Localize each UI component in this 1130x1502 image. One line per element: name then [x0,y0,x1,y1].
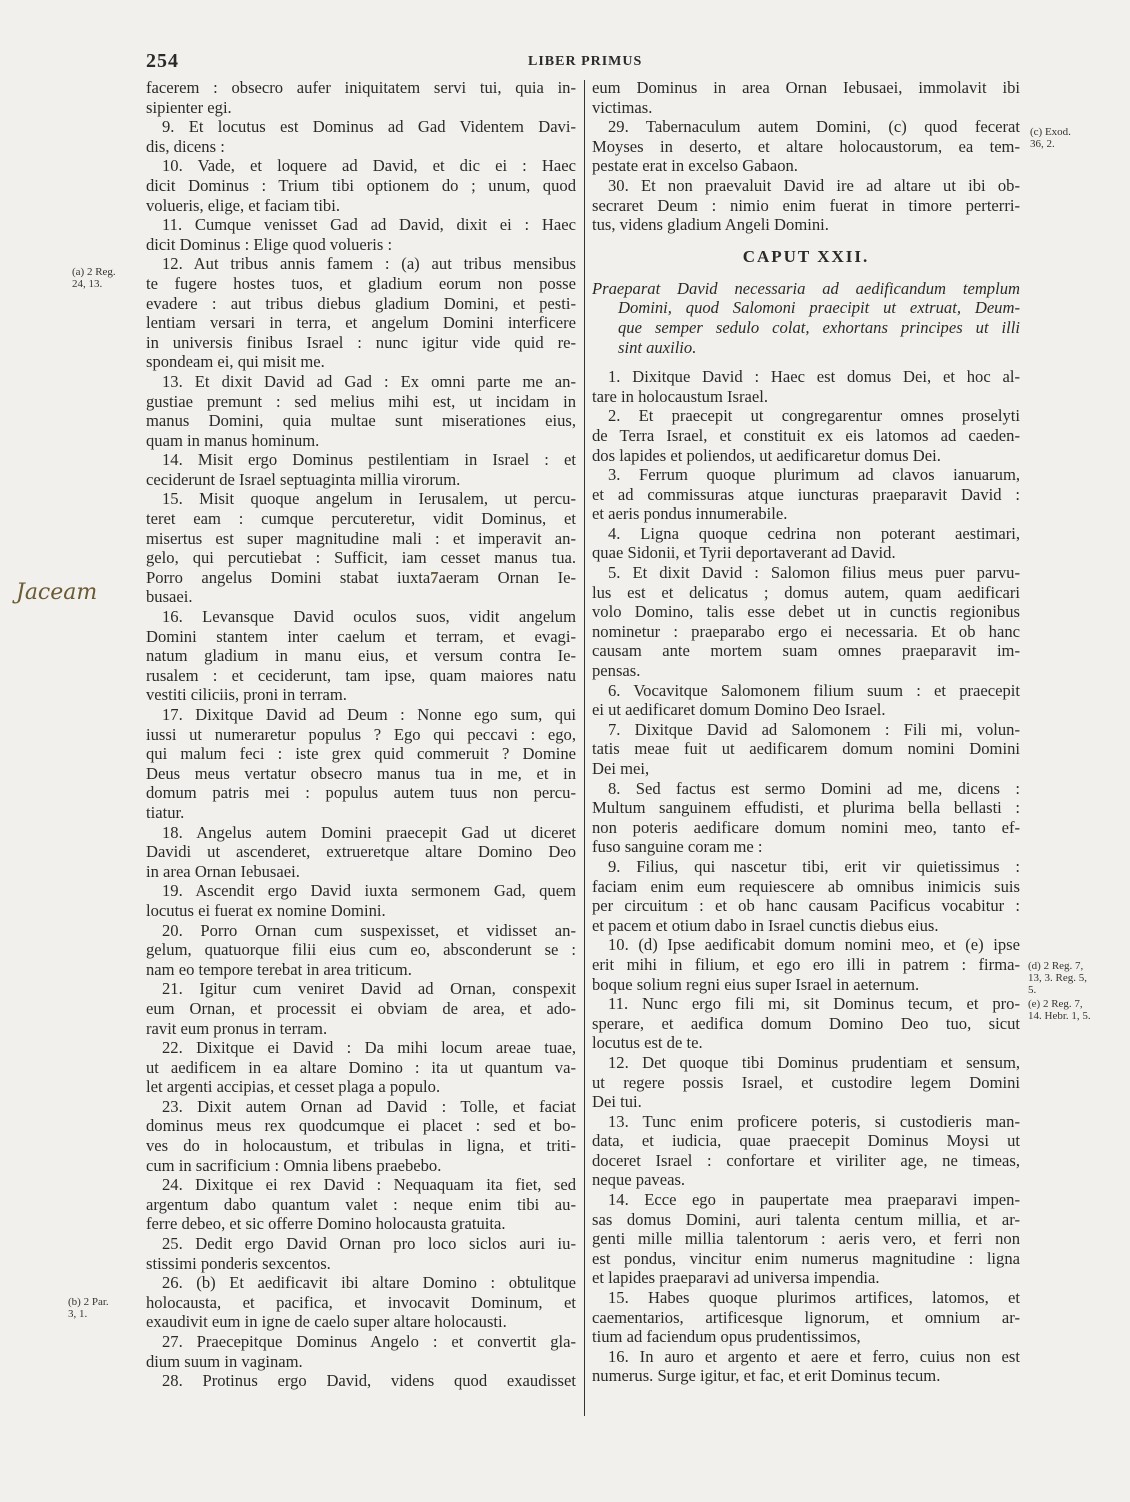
text-line: 6. Vocavitque Salomonem filium suum : et… [592,681,1020,701]
margin-note-a: (a) 2 Reg. 24, 13. [72,266,116,290]
text-line: stissimi ponderis sexcentos. [146,1254,576,1274]
text-line: 18. Angelus autem Domini praecepit Gad u… [146,823,576,843]
text-line: 14. Misit ergo Dominus pestilentiam in I… [146,450,576,470]
text-line: volueris, elige, et faciam tibi. [146,196,576,216]
text-line: sas domus Domini, auri talenta centum mi… [592,1210,1020,1230]
summary-line: Praeparat David necessaria ad aedificand… [592,279,1020,299]
text-line: Davidi ut ascenderet, extrueretque altar… [146,842,576,862]
text-line: gustiae premunt : sed melius mihi est, u… [146,392,576,412]
text-line: Deus meus vertatur obsecro manus tua in … [146,764,576,784]
text-line: et aeris pondus innumerabile. [592,504,1020,524]
margin-note-line: (a) 2 Reg. [72,266,116,278]
text-line: 21. Igitur cum veniret David ad Ornan, c… [146,979,576,999]
text-line: 16. Levansque David oculos suos, vidit a… [146,607,576,627]
text-line: teret eam : cumque percuteretur, vidit D… [146,509,576,529]
text-line: dominus meus rex quodcumque ei placet : … [146,1116,576,1136]
text-line: 12. Aut tribus annis famem : (a) aut tri… [146,254,576,274]
margin-note-d: (d) 2 Reg. 7, 13, 3. Reg. 5, 5. [1028,960,1087,996]
text-line: 14. Ecce ego in paupertate mea praeparav… [592,1190,1020,1210]
text-line: tiatur. [146,803,576,823]
text-line: te fugere hostes tuos, et gladium eorum … [146,274,576,294]
text-line: genti mille millia talentorum : aeris ve… [592,1229,1020,1249]
text-line: 17. Dixitque David ad Deum : Nonne ego s… [146,705,576,725]
text-line: 20. Porro Ornan cum suspexisset, et vidi… [146,921,576,941]
text-line: 15. Misit quoque angelum in Ierusalem, u… [146,489,576,509]
text-line: sipienter egi. [146,98,576,118]
text-line: 9. Et locutus est Dominus ad Gad Vidente… [146,117,576,137]
text-line: qui malum feci : iste grex quid commerui… [146,744,576,764]
text-line: vestiti ciliciis, proni in terram. [146,685,576,705]
text-line: tatis meae fuit ut aedificarem domum nom… [592,739,1020,759]
text-line: neque paveas. [592,1170,1020,1190]
text-line: volo Domino, talis esse debet ut in cunc… [592,602,1020,622]
running-head: LIBER PRIMUS [528,54,642,70]
text-line: dis, dicens : [146,137,576,157]
margin-note-c: (c) Exod. 36, 2. [1030,126,1071,150]
text-line: 24. Dixitque ei rex David : Nequaquam it… [146,1175,576,1195]
text-line: Porro angelus Domini stabat iuxta7aeram … [146,568,576,588]
text-line: per circuitum : et ob hanc causam Pacifi… [592,896,1020,916]
text-line: boque solium regni eius super Israel in … [592,975,1020,995]
text-line: nominetur : praeparabo ergo ei necessari… [592,622,1020,642]
text-line: 7. Dixitque David ad Salomonem : Fili mi… [592,720,1020,740]
text-line: 1. Dixitque David : Haec est domus Dei, … [592,367,1020,387]
margin-note-line: (b) 2 Par. [68,1296,109,1308]
text-line: Multum sanguinem effudisti, et plurima b… [592,798,1020,818]
text-line: Domini stantem inter caelum et terram, e… [146,627,576,647]
margin-note-line: 14. Hebr. 1, 5. [1028,1010,1091,1022]
text-line: locutus est de te. [592,1033,1020,1053]
text-line: 11. Cumque venisset Gad ad David, dixit … [146,215,576,235]
text-line: 15. Habes quoque plurimos artifices, lat… [592,1288,1020,1308]
text-line: 25. Dedit ergo David Ornan pro loco sicl… [146,1234,576,1254]
text-line: gelum, quatuorque filii eius cum eo, abs… [146,940,576,960]
text-line: 10. Vade, et loquere ad David, et dic ei… [146,156,576,176]
text-line: misertus est super magnitudine mali : et… [146,529,576,549]
text-line: ferre debeo, et sic offerre Domino holoc… [146,1214,576,1234]
text-line: dicit Dominus : Elige quod volueris : [146,235,576,255]
insertion-mark: 7 [430,568,438,587]
text-line: argentum dabo quantum valet : neque enim… [146,1195,576,1215]
text-line: 8. Sed factus est sermo Domini ad me, di… [592,779,1020,799]
text-line: non poteris aedificare domum nomini meo,… [592,818,1020,838]
margin-note-line: 36, 2. [1030,138,1071,150]
text-line: nam eo tempore terebat in area triticum. [146,960,576,980]
summary-line: Domini, quod Salomoni praecipit ut extru… [592,298,1020,318]
text-line: 22. Dixitque ei David : Da mihi locum ar… [146,1038,576,1058]
margin-note-line: (d) 2 Reg. 7, [1028,960,1087,972]
text-line: fuso sanguine coram me : [592,837,1020,857]
right-column: eum Dominus in area Ornan Iebusaei, immo… [592,78,1020,1386]
text-line: et ad commissuras atque iuncturas praepa… [592,485,1020,505]
text-line: in universis finibus Israel : nunc igitu… [146,333,576,353]
text-line: pestate erat in excelso Gabaon. [592,156,1020,176]
text-line: lentiam versari in terra, et angelum Dom… [146,313,576,333]
margin-note-line: 13, 3. Reg. 5, [1028,972,1087,984]
text-line: exaudivit eum in igne de caelo super alt… [146,1312,576,1332]
text-line: Dei mei, [592,759,1020,779]
text-line: sperare, et aedifica domum Domino Deo tu… [592,1014,1020,1034]
text-line: facerem : obsecro aufer iniquitatem serv… [146,78,576,98]
margin-note-b: (b) 2 Par. 3, 1. [68,1296,109,1320]
text-line: Dei tui. [592,1092,1020,1112]
text-line: 4. Ligna quoque cedrina non poterant aes… [592,524,1020,544]
text-line: data, et iudicia, quae praecepit Dominus… [592,1131,1020,1151]
text-line: tare in holocaustum Israel. [592,387,1020,407]
text-line: 30. Et non praevaluit David ire ad altar… [592,176,1020,196]
text-line: 13. Tunc enim proficere poteris, si cust… [592,1112,1020,1132]
margin-note-line: (c) Exod. [1030,126,1071,138]
text-line: 19. Ascendit ergo David iuxta sermonem G… [146,881,576,901]
text-line: domum patris mei : populus autem tuus no… [146,783,576,803]
text-line: tus, videns gladium Angeli Domini. [592,215,1020,235]
handwritten-annotation: Jaceam [16,580,97,605]
text-line: ut regere possis Israel, et custodire le… [592,1073,1020,1093]
text-line: 3. Ferrum quoque plurimum ad clavos ianu… [592,465,1020,485]
chapter-title: CAPUT XXII. [592,247,1020,271]
text-line: spondeam ei, qui misit me. [146,352,576,372]
text-line: 29. Tabernaculum autem Domini, (c) quod … [592,117,1020,137]
text-line: quam in manus hominum. [146,431,576,451]
text-line: dicit Dominus : Trium tibi optionem do ;… [146,176,576,196]
text-line: caementarios, artificesque lignorum, et … [592,1308,1020,1328]
text-line: eum Ornan, et processit ei obviam de are… [146,999,576,1019]
text-line: cum in sacrificium : Omnia libens praebe… [146,1156,576,1176]
text-line: causam ante mortem suam omnes praeparavi… [592,641,1020,661]
text-line: quae Sidonii, et Tyrii deportaverant ad … [592,543,1020,563]
chapter-summary: Praeparat David necessaria ad aedificand… [592,279,1020,357]
text-line: dium suum in vaginam. [146,1352,576,1372]
margin-note-line: 5. [1028,984,1087,996]
text-line: ei ut aedificaret domum Domino Deo Israe… [592,700,1020,720]
text-line: et pacem et otium dabo in Israel cunctis… [592,916,1020,936]
text-line: pensas. [592,661,1020,681]
margin-note-line: 3, 1. [68,1308,109,1320]
text-line: ravit eum pronus in terram. [146,1019,576,1039]
text-line: et lapides praeparavi ad universa impend… [592,1268,1020,1288]
text-line: secraret Deum : nimio enim fuerat in tim… [592,196,1020,216]
summary-line: que semper sedulo colat, exhortans princ… [592,318,1020,338]
text-line: busaei. [146,587,576,607]
text-line: ut aedificem in ea altare Domino : ita u… [146,1058,576,1078]
text-line: holocausta, et pacifica, et invocavit Do… [146,1293,576,1313]
text-line: lus est et delicatus ; domus autem, quam… [592,583,1020,603]
text-line: 16. In auro et argento et aere et ferro,… [592,1347,1020,1367]
text-line: faciam enim eum requiescere ab omnibus i… [592,877,1020,897]
text-line: ceciderunt de Israel septuaginta millia … [146,470,576,490]
text-line: 5. Et dixit David : Salomon filius meus … [592,563,1020,583]
text-line: numerus. Surge igitur, et fac, et erit D… [592,1366,1020,1386]
text-line: iussi ut numeraretur populus ? Ego qui p… [146,725,576,745]
text-line: 27. Praecepitque Dominus Angelo : et con… [146,1332,576,1352]
text-line: erit mihi in filium, et ego ero illi in … [592,955,1020,975]
text-line: 12. Det quoque tibi Dominus prudentiam e… [592,1053,1020,1073]
text-line: 13. Et dixit David ad Gad : Ex omni part… [146,372,576,392]
text-line: 9. Filius, qui nascetur tibi, erit vir q… [592,857,1020,877]
text-line: doceret Israel : confortare et viriliter… [592,1151,1020,1171]
text-line: 2. Et praecepit ut congregarentur omnes … [592,406,1020,426]
text-line: let argenti accipias, et cesset plaga a … [146,1077,576,1097]
text-line: manus Domini, quia multae sunt miseratio… [146,411,576,431]
text-line: Moyses in deserto, et altare holocaustor… [592,137,1020,157]
text-line: 10. (d) Ipse aedificabit domum nomini me… [592,935,1020,955]
text-line: 28. Protinus ergo David, videns quod exa… [146,1371,576,1391]
text-line: natum gladium in manu eius, et versum co… [146,646,576,666]
margin-note-line: (e) 2 Reg. 7, [1028,998,1091,1010]
text-line: evadere : aut tribus diebus gladium Domi… [146,294,576,314]
text-line: victimas. [592,98,1020,118]
margin-note-line: 24, 13. [72,278,116,290]
text-line: 11. Nunc ergo fili mi, sit Dominus tecum… [592,994,1020,1014]
text-line: in area Ornan Iebusaei. [146,862,576,882]
text-line: rusalem : et ceciderunt, tam ipse, quam … [146,666,576,686]
left-column: facerem : obsecro aufer iniquitatem serv… [146,78,576,1391]
text-line: est pondus, vincitur enim numerus magnit… [592,1249,1020,1269]
text-line: 23. Dixit autem Ornan ad David : Tolle, … [146,1097,576,1117]
text-line: 26. (b) Et aedificavit ibi altare Domino… [146,1273,576,1293]
column-rule [584,80,585,1416]
text-line: de Terra Israel, et constituit ex eis la… [592,426,1020,446]
margin-note-e: (e) 2 Reg. 7, 14. Hebr. 1, 5. [1028,998,1091,1022]
text-line: dos lapides et poliendos, ut aedificaret… [592,446,1020,466]
text-line: gelo, qui percutiebat : Sufficit, iam ce… [146,548,576,568]
summary-line: sint auxilio. [592,338,1020,358]
text-line: tium ad faciendum opus prudentissimos, [592,1327,1020,1347]
text-line: locutus ei fuerat ex nomine Domini. [146,901,576,921]
page-number: 254 [146,50,179,73]
text-line: ves do in holocaustum, et tribulas in li… [146,1136,576,1156]
text-line: eum Dominus in area Ornan Iebusaei, immo… [592,78,1020,98]
